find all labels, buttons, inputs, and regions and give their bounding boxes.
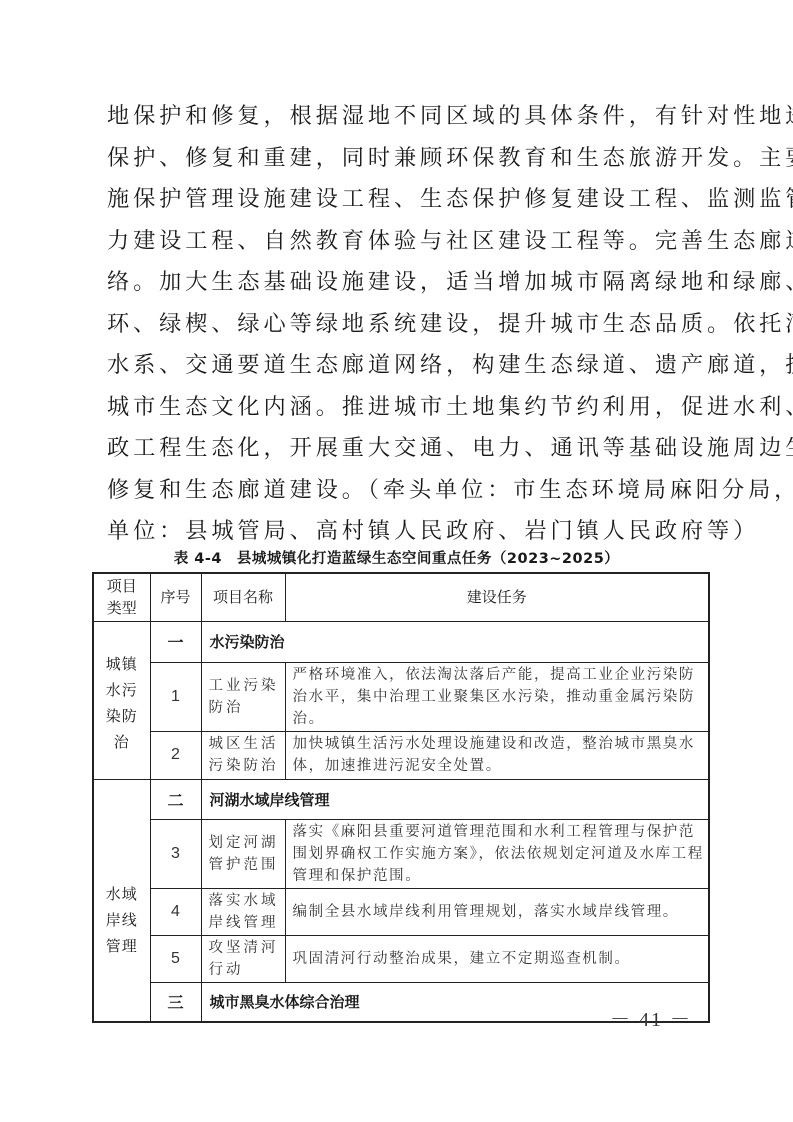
header-seq: 序号 xyxy=(150,573,201,621)
header-task: 建设任务 xyxy=(285,573,709,621)
section-number: 二 xyxy=(150,779,201,819)
paragraph-line: 环、绿楔、绿心等绿地系统建设，提升城市生态品质。依托河流 xyxy=(107,304,697,346)
row-seq: 3 xyxy=(150,819,201,888)
category-cell: 城镇 水污 染防 治 xyxy=(93,621,150,779)
paragraph-line: 政工程生态化，开展重大交通、电力、通讯等基础设施周边生态 xyxy=(107,428,697,470)
section-row: 水域 岸线 管理 二 河湖水域岸线管理 xyxy=(93,779,709,819)
section-title: 河湖水域岸线管理 xyxy=(201,779,709,819)
header-category-line: 项目 xyxy=(94,575,150,597)
category-line: 水域 xyxy=(94,881,150,907)
row-task: 巩固清河行动整治成果，建立不定期巡查机制。 xyxy=(285,935,709,982)
header-category-line: 类型 xyxy=(94,597,150,619)
header-name: 项目名称 xyxy=(201,573,285,621)
row-seq: 4 xyxy=(150,888,201,935)
category-line: 染防 xyxy=(94,703,150,729)
section-row: 城镇 水污 染防 治 一 水污染防治 xyxy=(93,621,709,662)
row-task: 落实《麻阳县重要河道管理范围和水利工程管理与保护范围划界确权工作实施方案》，依法… xyxy=(285,819,709,888)
header-category: 项目 类型 xyxy=(93,573,150,621)
section-number: 三 xyxy=(150,982,201,1022)
paragraph-line: 施保护管理设施建设工程、生态保护修复建设工程、监测监管能 xyxy=(107,179,697,221)
category-cell: 水域 岸线 管理 xyxy=(93,779,150,1022)
category-line: 管理 xyxy=(94,933,150,959)
category-line: 岸线 xyxy=(94,907,150,933)
table-row: 5 攻坚清河行动 巩固清河行动整治成果，建立不定期巡查机制。 xyxy=(93,935,709,982)
paragraph-line: 城市生态文化内涵。推进城市土地集约节约利用，促进水利、市 xyxy=(107,387,697,429)
table-row: 3 划定河湖管护范围 落实《麻阳县重要河道管理范围和水利工程管理与保护范围划界确… xyxy=(93,819,709,888)
row-name: 城区生活污染防治 xyxy=(201,731,285,779)
table-row: 2 城区生活污染防治 加快城镇生活污水处理设施建设和改造，整治城市黑臭水体，加速… xyxy=(93,731,709,779)
section-title: 水污染防治 xyxy=(201,621,709,662)
paragraph-line: 修复和生态廊道建设。（牵头单位：市生态环境局麻阳分局，责任 xyxy=(107,470,697,512)
row-task: 编制全县水域岸线利用管理规划，落实水域岸线管理。 xyxy=(285,888,709,935)
category-line: 水污 xyxy=(94,677,150,703)
table-header-row: 项目 类型 序号 项目名称 建设任务 xyxy=(93,573,709,621)
paragraph-line: 水系、交通要道生态廊道网络，构建生态绿道、遗产廊道，提升 xyxy=(107,345,697,387)
row-task: 加快城镇生活污水处理设施建设和改造，整治城市黑臭水体，加速推进污泥安全处置。 xyxy=(285,731,709,779)
row-seq: 2 xyxy=(150,731,201,779)
row-name: 落实水域岸线管理 xyxy=(201,888,285,935)
table-row: 1 工业污染防治 严格环境准入，依法淘汰落后产能，提高工业企业污染防治水平，集中… xyxy=(93,662,709,731)
row-seq: 1 xyxy=(150,662,201,731)
table-row: 4 落实水域岸线管理 编制全县水域岸线利用管理规划，落实水域岸线管理。 xyxy=(93,888,709,935)
body-paragraph: 地保护和修复，根据湿地不同区域的具体条件，有针对性地进行 保护、修复和重建，同时… xyxy=(107,96,697,553)
page-number: － 41 － xyxy=(610,1003,692,1032)
table-caption: 表 4-4 县城城镇化打造蓝绿生态空间重点任务（2023~2025） xyxy=(0,547,793,568)
paragraph-line: 地保护和修复，根据湿地不同区域的具体条件，有针对性地进行 xyxy=(107,96,697,138)
paragraph-line: 保护、修复和重建，同时兼顾环保教育和生态旅游开发。主要实 xyxy=(107,138,697,180)
paragraph-line: 络。加大生态基础设施建设，适当增加城市隔离绿地和绿廊、绿 xyxy=(107,262,697,304)
row-name: 攻坚清河行动 xyxy=(201,935,285,982)
category-line: 城镇 xyxy=(94,651,150,677)
paragraph-line: 力建设工程、自然教育体验与社区建设工程等。完善生态廊道网 xyxy=(107,221,697,263)
section-number: 一 xyxy=(150,621,201,662)
row-seq: 5 xyxy=(150,935,201,982)
row-task: 严格环境准入，依法淘汰落后产能，提高工业企业污染防治水平，集中治理工业聚集区水污… xyxy=(285,662,709,731)
row-name: 工业污染防治 xyxy=(201,662,285,731)
task-table: 项目 类型 序号 项目名称 建设任务 城镇 水污 染防 治 一 水污染防治 1 … xyxy=(92,572,710,1023)
row-name: 划定河湖管护范围 xyxy=(201,819,285,888)
category-line: 治 xyxy=(94,729,150,755)
